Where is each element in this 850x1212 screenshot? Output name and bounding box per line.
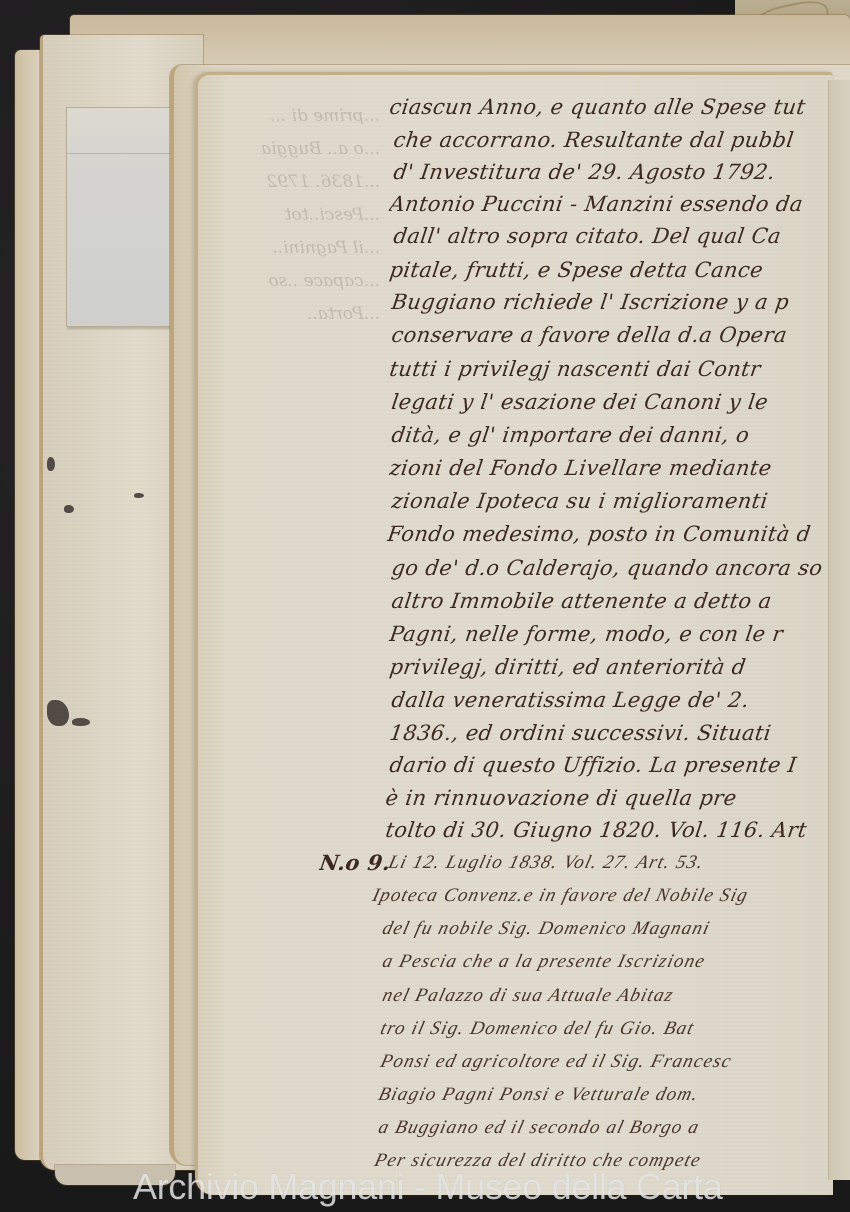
text-line: Ipoteca Convenz.e in favore del Nobile S… bbox=[370, 885, 835, 907]
text-line: Li 12. Luglio 1838. Vol. 27. Art. 53. bbox=[386, 852, 835, 874]
text-line: Ponsi ed agricoltore ed il Sig. Francesc bbox=[378, 1051, 835, 1073]
text-line: dità, e gl' importare dei danni, o bbox=[390, 423, 833, 447]
text-line: del fu nobile Sig. Domenico Magnani bbox=[380, 918, 835, 940]
text-line: Pagni, nelle forme, modo, e con le r bbox=[388, 622, 833, 646]
bleed-through-text: ...prime di ... ...o a.. Buggia ...1836.… bbox=[205, 100, 380, 331]
text-line: 1836., ed ordini successivi. Situati bbox=[388, 721, 833, 745]
bleed-line: ...Pesci..tot bbox=[205, 199, 380, 232]
text-line: Fondo medesimo, posto in Comunità d bbox=[386, 522, 833, 546]
text-line: dalla veneratissima Legge de' 2. bbox=[390, 688, 833, 712]
bleed-line: ...il Pagnini.. bbox=[205, 232, 380, 265]
text-line: dall' altro sopra citato. Del qual Ca bbox=[392, 224, 833, 248]
text-line: dario di questo Uffizio. La presente I bbox=[388, 753, 833, 777]
text-line: a Buggiano ed il secondo al Borgo a bbox=[376, 1117, 835, 1139]
text-line: go de' d.o Calderajo, quando ancora so bbox=[390, 556, 833, 580]
text-line: zionale Ipoteca su i miglioramenti bbox=[390, 489, 833, 513]
entry-number: N.o 9. bbox=[318, 850, 392, 875]
text-line: zioni del Fondo Livellare mediante bbox=[388, 456, 833, 480]
text-line: Buggiano richiede l' Iscrizione y a p bbox=[390, 290, 833, 314]
text-line: pitale, frutti, e Spese detta Cance bbox=[388, 258, 833, 282]
text-line: nel Palazzo di sua Attuale Abitaz bbox=[380, 985, 835, 1007]
archive-watermark: Archivio Magnani - Museo della Carta bbox=[133, 1166, 722, 1208]
text-line: Antonio Puccini - Manzini essendo da bbox=[388, 192, 833, 216]
ink-stain bbox=[47, 457, 55, 471]
text-line: tro il Sig. Domenico del fu Gio. Bat bbox=[378, 1018, 835, 1040]
bleed-line: ...capace ..so bbox=[205, 265, 380, 298]
bleed-line: ...prime di ... bbox=[205, 100, 380, 133]
inserted-paper-slip bbox=[66, 107, 178, 327]
ink-stain bbox=[72, 718, 90, 726]
bleed-line: ...Porta.. bbox=[205, 298, 380, 331]
text-line: a Pescia che a la presente Iscrizione bbox=[380, 951, 835, 973]
text-line: tolto di 30. Giugno 1820. Vol. 116. Art bbox=[384, 818, 833, 842]
text-line: altro Immobile attenente a detto a bbox=[390, 589, 833, 613]
text-line: ciascun Anno, e quanto alle Spese tut bbox=[388, 95, 833, 119]
ink-stain bbox=[134, 493, 144, 498]
text-line: legati y l' esazione dei Canoni y le bbox=[390, 390, 833, 414]
text-line: che accorrano. Resultante dal pubbl bbox=[392, 128, 833, 152]
text-line: Biagio Pagni Ponsi e Vetturale dom. bbox=[376, 1084, 835, 1106]
text-line: è in rinnuovazione di quella pre bbox=[384, 786, 833, 810]
bleed-line: ...o a.. Buggia bbox=[205, 133, 380, 166]
bleed-line: ...1836. 1792 bbox=[205, 166, 380, 199]
text-line: conservare a favore della d.a Opera bbox=[390, 323, 833, 347]
ink-stain bbox=[64, 505, 74, 513]
text-line: tutti i privilegj nascenti dai Contr bbox=[388, 357, 833, 381]
text-line: d' Investitura de' 29. Agosto 1792. bbox=[392, 160, 833, 184]
text-line: privilegj, diritti, ed anteriorità d bbox=[388, 655, 833, 679]
